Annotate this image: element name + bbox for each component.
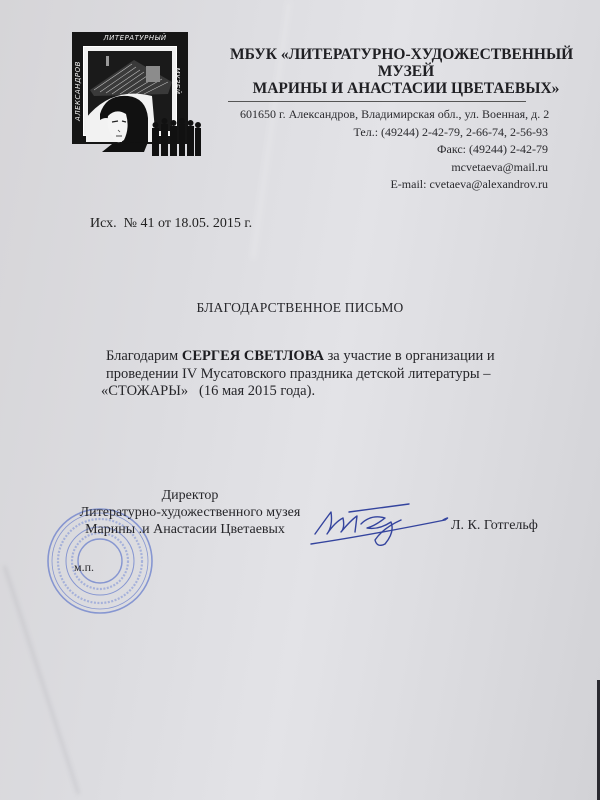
signer-org-line2: Марины .и Анастасии Цветаевых: [60, 521, 320, 538]
handwritten-signature-icon: [305, 498, 455, 550]
phone: Тел.: (49244) 2-42-79, 2-66-74, 2-56-93: [240, 124, 548, 142]
org-name-line2: МУЗЕЙ: [226, 63, 586, 80]
letter-body: Благодарим СЕРГЕЯ СВЕТЛОВА за участие в …: [106, 348, 566, 401]
org-name-line1: МБУК «ЛИТЕРАТУРНО-ХУДОЖЕСТВЕННЫЙ: [226, 46, 586, 63]
contact-info: 601650 г. Александров, Владимирская обл.…: [240, 106, 548, 194]
recipient-name: СЕРГЕЯ СВЕТЛОВА: [182, 348, 324, 364]
fax: Факс: (49244) 2-42-79: [240, 141, 548, 159]
outgoing-reference: Исх. № 41 от 18.05. 2015 г.: [90, 216, 252, 232]
museum-emblem-icon: [72, 32, 202, 158]
organization-name: МБУК «ЛИТЕРАТУРНО-ХУДОЖЕСТВЕННЫЙ МУЗЕЙ М…: [226, 46, 586, 97]
body-line2: проведении IV Мусатовского праздника дет…: [106, 366, 566, 384]
logo-text-right: МУЗЕЙ: [172, 46, 182, 116]
address: 601650 г. Александров, Владимирская обл.…: [240, 106, 548, 124]
document-title: БЛАГОДАРСТВЕННОЕ ПИСЬМО: [0, 300, 600, 316]
letterhead-divider: [228, 101, 526, 102]
signer-org-line1: Литературно-художественного музея: [60, 504, 320, 521]
body-line1: Благодарим СЕРГЕЯ СВЕТЛОВА за участие в …: [106, 348, 566, 366]
logo-text-left: АЛЕКСАНДРОВ: [73, 51, 83, 131]
body-line3: «СТОЖАРЫ» (16 мая 2015 года).: [101, 383, 566, 401]
signer-name: Л. К. Готгельф: [451, 518, 538, 534]
signature-block: Директор Литературно-художественного муз…: [60, 487, 320, 538]
stamp-place-mark: м.п.: [74, 560, 94, 575]
email-primary: mcvetaeva@mail.ru: [240, 159, 548, 177]
museum-logo: ЛИТЕРАТУРНЫЙ АЛЕКСАНДРОВ МУЗЕЙ: [72, 32, 190, 156]
logo-text-top: ЛИТЕРАТУРНЫЙ: [90, 33, 180, 43]
org-name-line3: МАРИНЫ И АНАСТАСИИ ЦВЕТАЕВЫХ»: [226, 80, 586, 97]
email-secondary: E-mail: cvetaeva@alexandrov.ru: [240, 176, 548, 194]
signer-position: Директор: [60, 487, 320, 504]
